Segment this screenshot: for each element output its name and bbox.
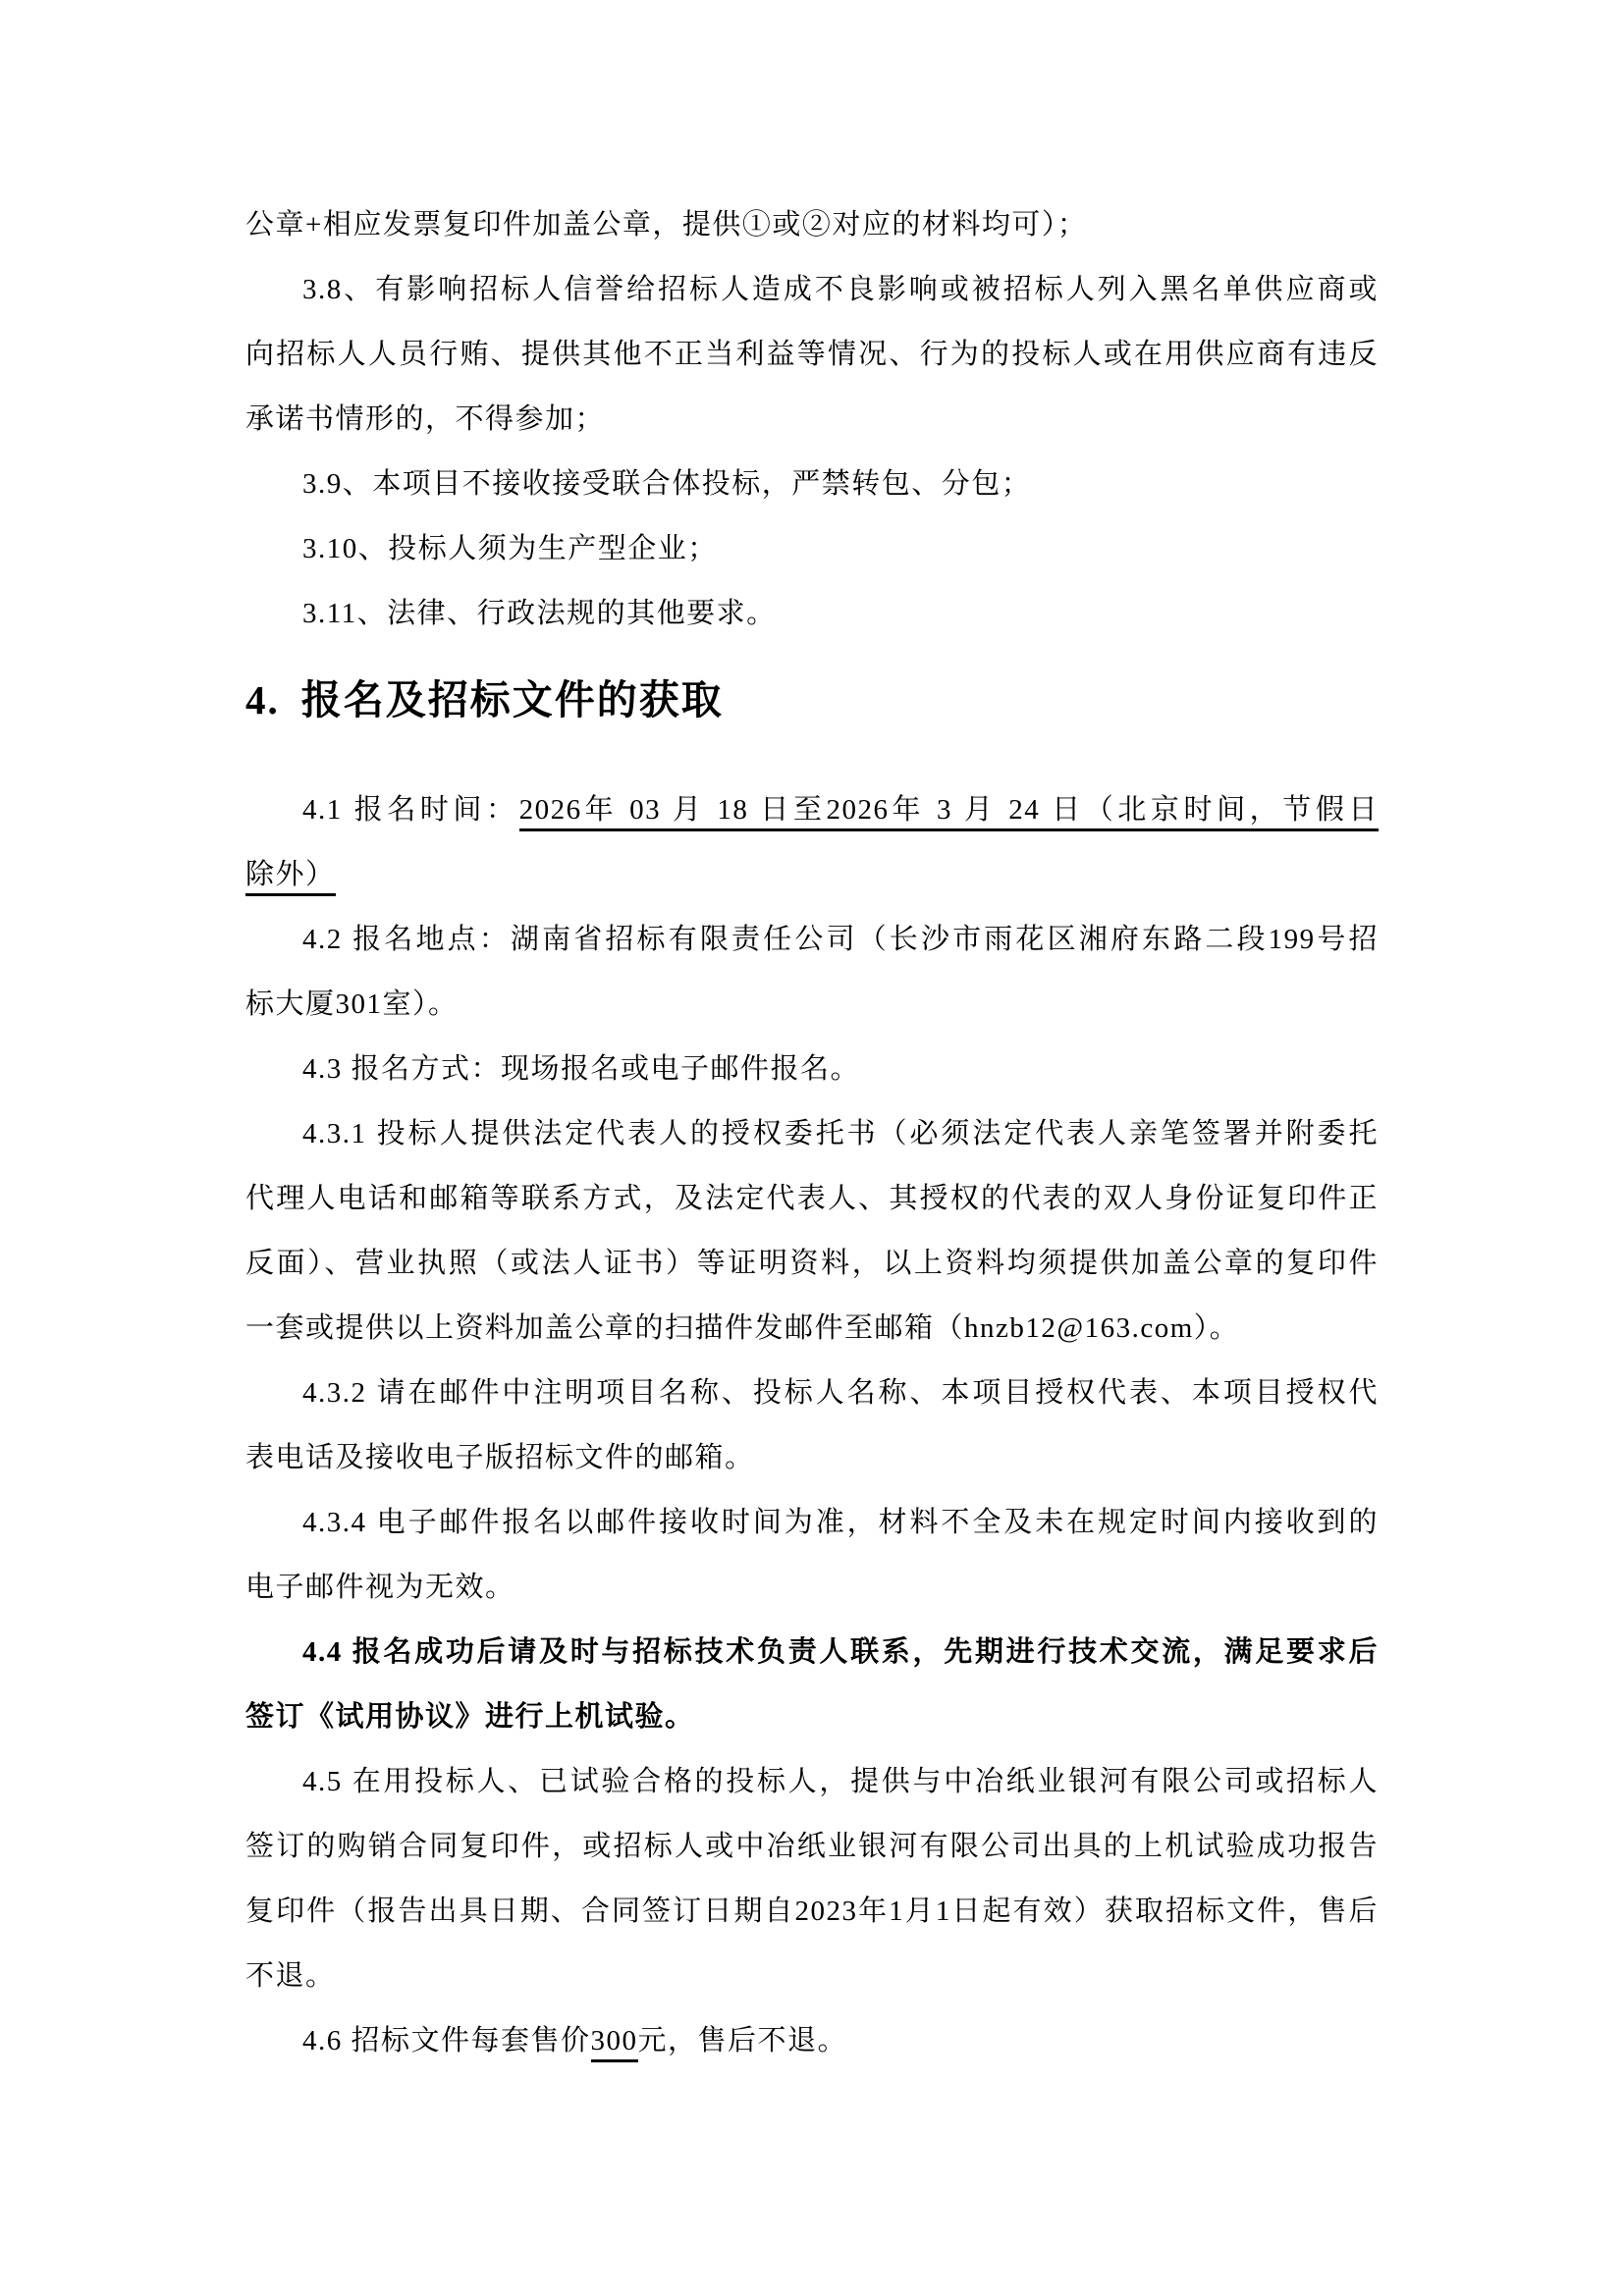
section-4-number: 4. — [245, 677, 280, 722]
clause-4-6-label: 4.6 招标文件每套售价 — [302, 2025, 591, 2056]
clause-4-1-continuation-underlined: 除外） — [245, 859, 336, 896]
clause-4-3-2-continuation: 表电话及接收电子版招标文件的邮箱。 — [245, 1425, 1379, 1490]
clause-3-8-continuation-1: 向招标人人员行贿、提供其他不正当利益等情况、行为的投标人或在用供应商有违反 — [245, 322, 1379, 387]
section-4-heading: 4.报名及招标文件的获取 — [245, 646, 1379, 759]
clause-3-7-continuation: 公章+相应发票复印件加盖公章，提供①或②对应的材料均可）； — [245, 192, 1379, 257]
clause-4-1: 4.1 报名时间：2026年 03 月 18 日至2026年 3 月 24 日（… — [245, 777, 1379, 842]
clause-4-3-4-continuation: 电子邮件视为无效。 — [245, 1555, 1379, 1620]
document-page: 公章+相应发票复印件加盖公章，提供①或②对应的材料均可）； 3.8、有影响招标人… — [0, 0, 1624, 2296]
clause-4-5-continuation-2: 复印件（报告出具日期、合同签订日期自2023年1月1日起有效）获取招标文件，售后 — [245, 1879, 1379, 1944]
clause-4-3-1-continuation-1: 代理人电话和邮箱等联系方式，及法定代表人、其授权的代表的双人身份证复印件正 — [245, 1166, 1379, 1231]
clause-4-6-suffix: 元，售后不退。 — [638, 2025, 848, 2056]
clause-3-9: 3.9、本项目不接收接受联合体投标，严禁转包、分包； — [245, 452, 1379, 516]
clause-4-1-dates-underlined: 2026年 03 月 18 日至2026年 3 月 24 日（北京时间，节假日 — [519, 794, 1379, 831]
clause-4-6: 4.6 招标文件每套售价300元，售后不退。 — [245, 2008, 1379, 2073]
clause-3-11: 3.11、法律、行政法规的其他要求。 — [245, 581, 1379, 646]
clause-3-10: 3.10、投标人须为生产型企业； — [245, 516, 1379, 581]
clause-4-5: 4.5 在用投标人、已试验合格的投标人，提供与中冶纸业银河有限公司或招标人 — [245, 1749, 1379, 1814]
clause-4-2-continuation: 标大厦301室）。 — [245, 972, 1379, 1037]
clause-4-3-1-continuation-3: 一套或提供以上资料加盖公章的扫描件发邮件至邮箱（hnzb12@163.com）。 — [245, 1296, 1379, 1361]
clause-4-1-continuation: 除外） — [245, 842, 1379, 907]
clause-4-3-1: 4.3.1 投标人提供法定代表人的授权委托书（必须法定代表人亲笔签署并附委托 — [245, 1101, 1379, 1166]
clause-4-3-1-continuation-2: 反面）、营业执照（或法人证书）等证明资料，以上资料均须提供加盖公章的复印件 — [245, 1231, 1379, 1296]
clause-4-1-label: 4.1 报名时间： — [302, 794, 519, 826]
clause-3-8: 3.8、有影响招标人信誉给招标人造成不良影响或被招标人列入黑名单供应商或 — [245, 257, 1379, 322]
clause-3-8-continuation-2: 承诺书情形的，不得参加； — [245, 387, 1379, 452]
clause-4-6-price-underlined: 300 — [591, 2025, 638, 2062]
section-4-title: 报名及招标文件的获取 — [301, 677, 724, 722]
clause-4-5-continuation-1: 签订的购销合同复印件，或招标人或中冶纸业银河有限公司出具的上机试验成功报告 — [245, 1814, 1379, 1879]
clause-4-3-4: 4.3.4 电子邮件报名以邮件接收时间为准，材料不全及未在规定时间内接收到的 — [245, 1490, 1379, 1555]
clause-4-3: 4.3 报名方式：现场报名或电子邮件报名。 — [245, 1037, 1379, 1101]
clause-4-3-2: 4.3.2 请在邮件中注明项目名称、投标人名称、本项目授权代表、本项目授权代 — [245, 1361, 1379, 1425]
page-content: 公章+相应发票复印件加盖公章，提供①或②对应的材料均可）； 3.8、有影响招标人… — [245, 192, 1379, 2073]
clause-4-4: 4.4 报名成功后请及时与招标技术负责人联系，先期进行技术交流，满足要求后 — [245, 1620, 1379, 1684]
clause-4-2: 4.2 报名地点：湖南省招标有限责任公司（长沙市雨花区湘府东路二段199号招 — [245, 907, 1379, 972]
clause-4-5-continuation-3: 不退。 — [245, 1944, 1379, 2008]
clause-4-4-continuation: 签订《试用协议》进行上机试验。 — [245, 1684, 1379, 1749]
